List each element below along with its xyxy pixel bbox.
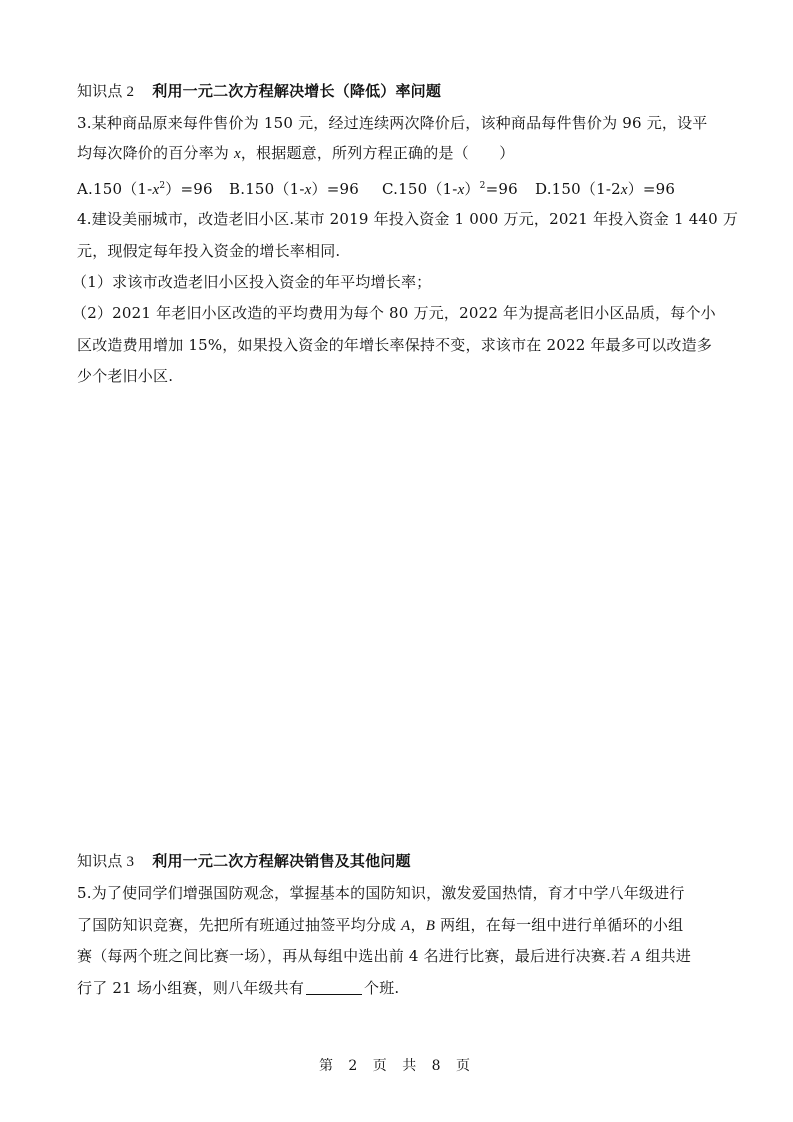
document-page: 知识点 2利用一元二次方程解决增长（降低）率问题 3.某种商品原来每件售价为 1…	[0, 0, 793, 1122]
section-label: 知识点 3	[77, 854, 134, 870]
question-4-part-2-line-2: 区改造费用增加 15%，如果投入资金的年增长率保持不变，求该市在 2022 年最…	[77, 335, 712, 355]
section-label: 知识点 2	[77, 84, 134, 100]
answer-space[interactable]	[77, 400, 717, 840]
section-heading-2: 知识点 2利用一元二次方程解决增长（降低）率问题	[77, 81, 441, 102]
section-heading-3: 知识点 3利用一元二次方程解决销售及其他问题	[77, 851, 411, 872]
question-4-part-1: （1）求该市改造老旧小区投入资金的年平均增长率；	[72, 272, 431, 292]
page-footer: 第 2 页 共 8 页	[0, 1055, 793, 1075]
question-5-line-3: 赛（每两个班之间比赛一场），再从每组中选出前 4 名进行比赛，最后进行决赛.若 …	[77, 946, 691, 967]
question-3-options: A.150（1-x2）=96B.150（1-x）=96C.150（1-x）2=9…	[77, 176, 675, 200]
question-4-line-1: 4.建设美丽城市，改造老旧小区.某市 2019 年投入资金 1 000 万元，2…	[77, 209, 738, 229]
question-5-line-1: 5.为了使同学们增强国防观念，掌握基本的国防知识，激发爱国热情，育才中学八年级进…	[77, 883, 685, 903]
option-c[interactable]: C.150（1-x）2=96	[382, 176, 535, 200]
question-4-line-2: 元，现假定每年投入资金的增长率相同.	[77, 241, 340, 261]
answer-blank[interactable]	[306, 979, 362, 995]
section-title: 利用一元二次方程解决增长（降低）率问题	[152, 82, 441, 100]
question-3-line-2: 均每次降价的百分率为 x，根据题意，所列方程正确的是（ ）	[77, 143, 514, 164]
question-5-line-4: 行了 21 场小组赛，则八年级共有个班.	[77, 978, 399, 998]
option-a[interactable]: A.150（1-x2）=96	[77, 176, 229, 200]
question-3-line-1: 3.某种商品原来每件售价为 150 元，经过连续两次降价后，该种商品每件售价为 …	[77, 113, 708, 133]
question-4-part-2-line-1: （2）2021 年老旧小区改造的平均费用为每个 80 万元，2022 年为提高老…	[72, 303, 716, 323]
question-5-line-2: 了国防知识竞赛，先把所有班通过抽签平均分成 A，B 两组，在每一组中进行单循环的…	[77, 915, 683, 936]
option-d[interactable]: D.150（1-2x）=96	[535, 179, 675, 200]
option-b[interactable]: B.150（1-x）=96	[229, 179, 382, 200]
section-title: 利用一元二次方程解决销售及其他问题	[152, 852, 410, 870]
question-4-part-2-line-3: 少个老旧小区.	[77, 366, 173, 386]
